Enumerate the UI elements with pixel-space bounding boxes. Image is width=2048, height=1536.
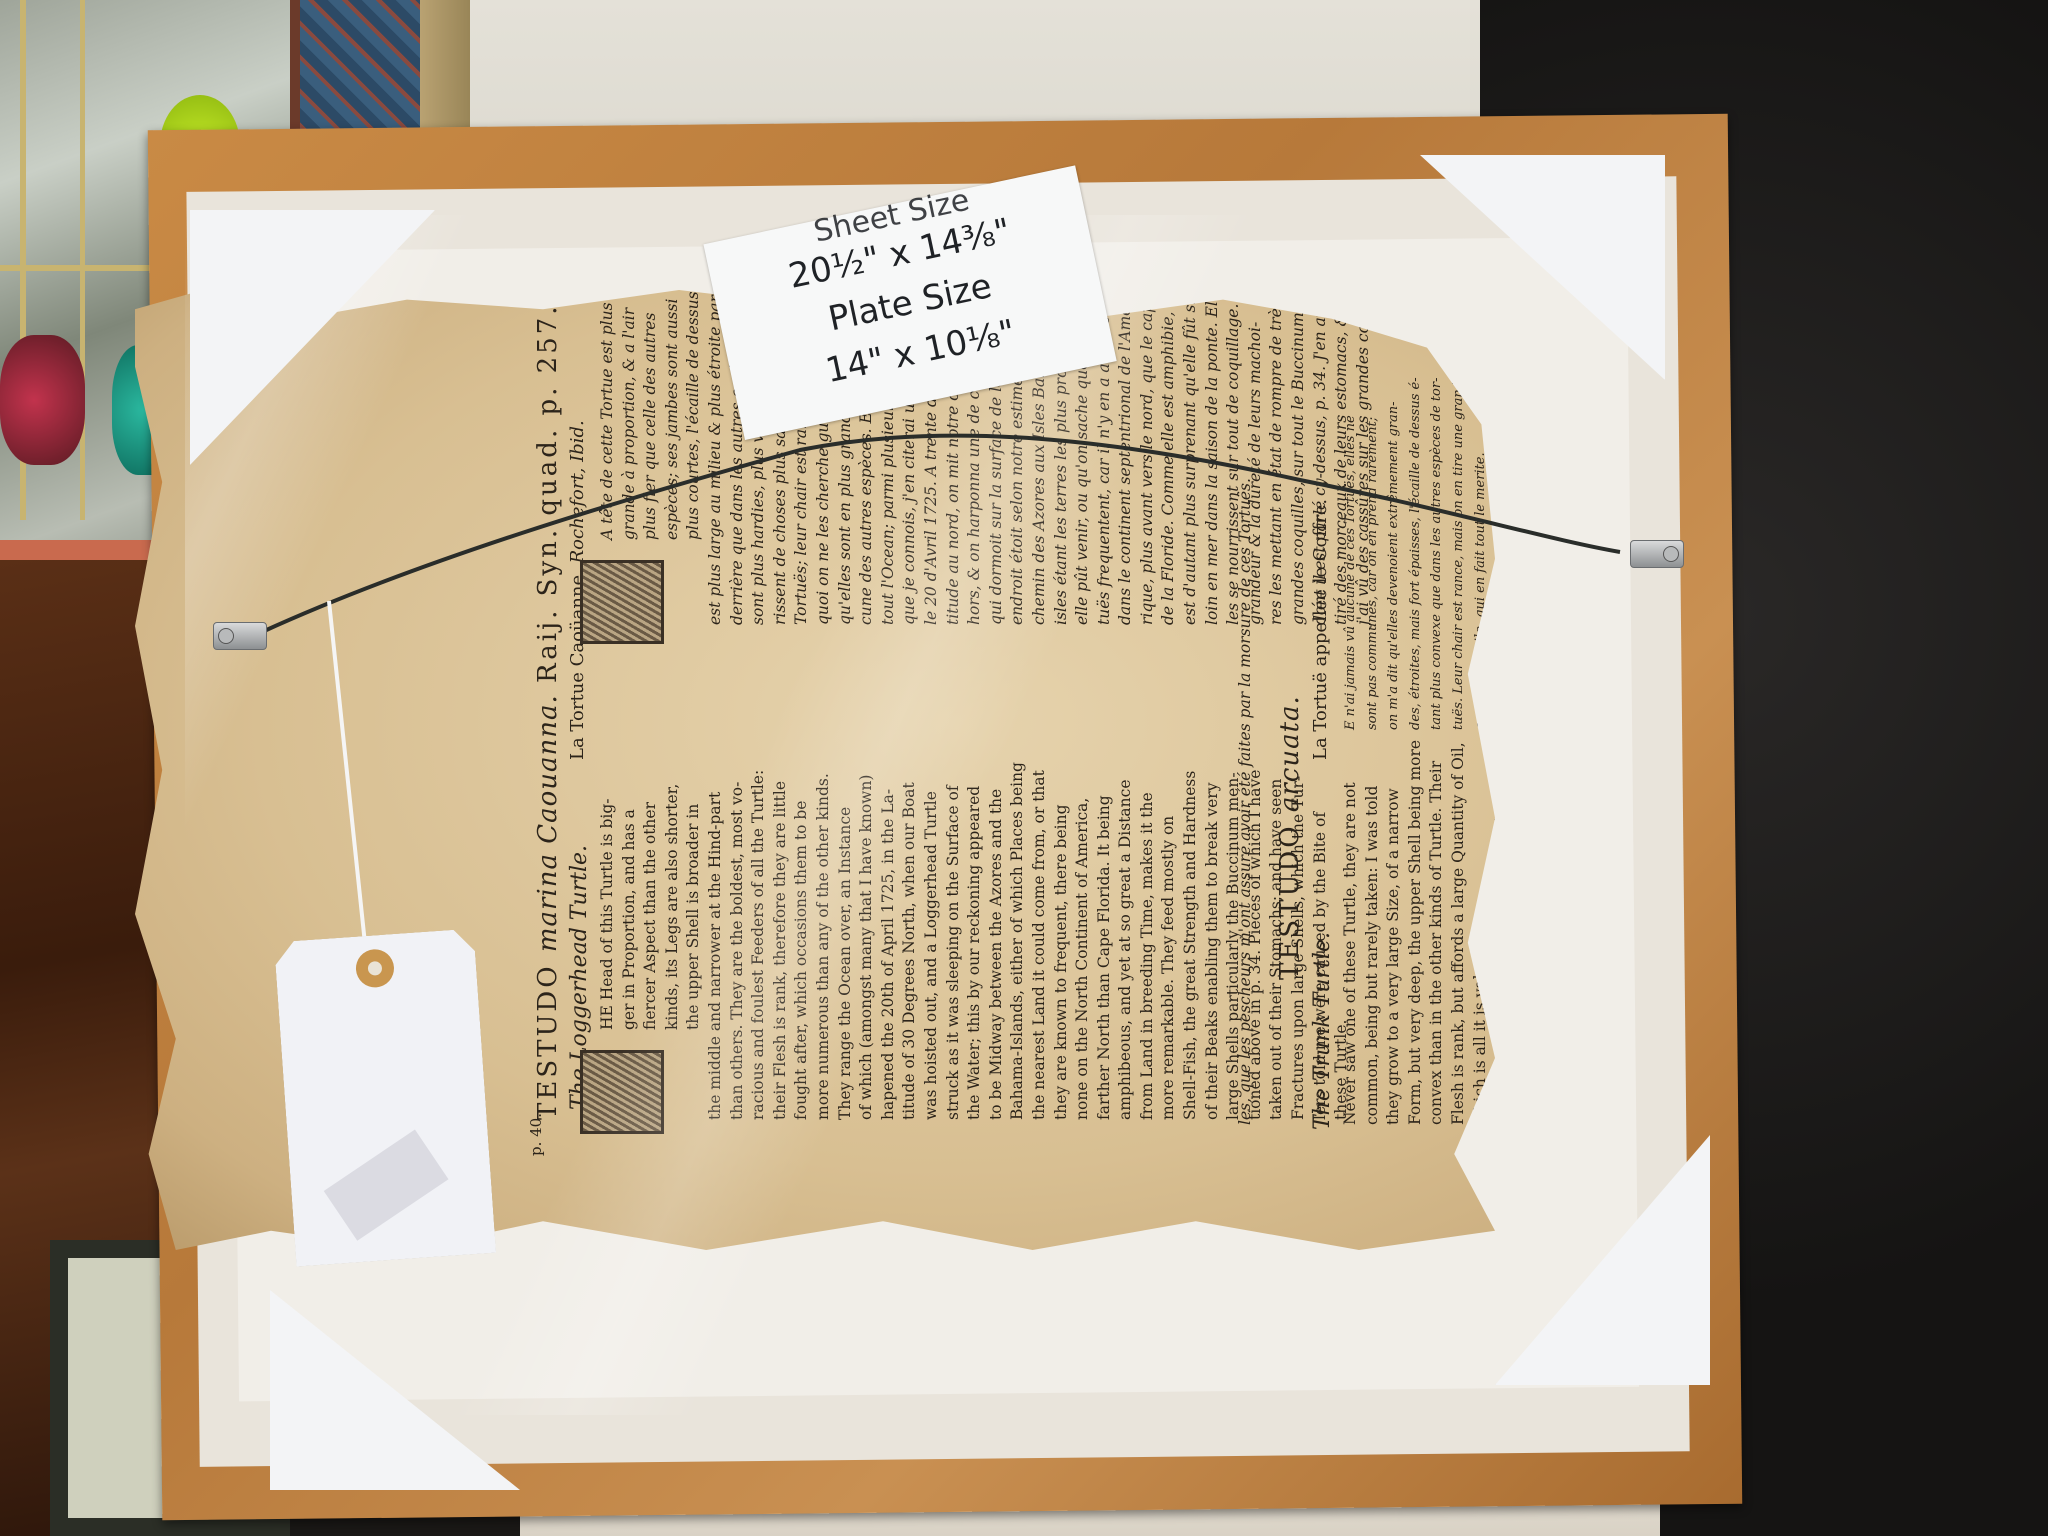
d-ring-hanger-left xyxy=(213,622,267,650)
section2-english-title: The Trunk Turtle. xyxy=(1310,932,1335,1130)
section1-english-text: HE Head of this Turtle is big- ger in Pr… xyxy=(597,784,705,1030)
tag-eyelet xyxy=(355,948,396,989)
section1-french-closing-line: les, que les pescheurs m'ont assuré avoi… xyxy=(1235,478,1257,1125)
blank-price-tag xyxy=(274,928,496,1266)
section1-latin-title: TESTUDO marina Caouanna. Raij. Syn. quad… xyxy=(533,303,563,1120)
red-glass-ornament xyxy=(0,335,85,465)
section1-french-text: A tête de cette Tortue est plus grande à… xyxy=(597,291,705,540)
tag-tape xyxy=(324,1130,449,1241)
drop-cap-ornament-l xyxy=(580,560,664,644)
section2-latin-title: TESTUDO arcuata. xyxy=(1275,695,1305,980)
drop-cap-ornament-t xyxy=(580,1050,664,1134)
cabinet-brass-post xyxy=(80,0,85,520)
d-ring-hanger-right xyxy=(1630,540,1684,568)
section2-french-title: La Tortuë appellée le Coffre. xyxy=(1310,499,1331,760)
